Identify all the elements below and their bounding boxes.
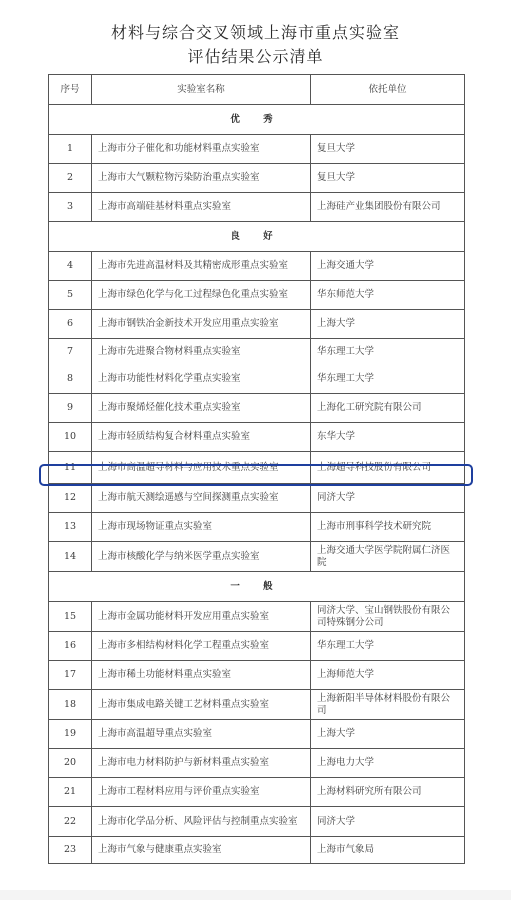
table-row: 22 上海市化学品分析、风险评估与控制重点实验室 同济大学 <box>49 807 465 837</box>
row-no: 21 <box>49 778 92 807</box>
host-unit: 华东师范大学 <box>311 281 465 310</box>
lab-name: 上海市高温超导重点实验室 <box>92 720 311 749</box>
host-unit: 华东理工大学 <box>311 339 465 366</box>
table-row: 10 上海市轻质结构复合材料重点实验室 东华大学 <box>49 423 465 452</box>
row-no: 10 <box>49 423 92 452</box>
host-unit: 东华大学 <box>311 423 465 452</box>
lab-name: 上海市高端硅基材料重点实验室 <box>92 193 311 222</box>
row-no: 16 <box>49 632 92 661</box>
row-no: 17 <box>49 661 92 690</box>
table-row: 23 上海市气象与健康重点实验室 上海市气象局 <box>49 837 465 864</box>
host-unit: 上海市刑事科学技术研究院 <box>311 513 465 542</box>
host-unit: 上海师范大学 <box>311 661 465 690</box>
host-unit: 上海交通大学 <box>311 252 465 281</box>
section-label: 良 好 <box>49 222 465 252</box>
table-row: 14 上海市核酸化学与纳米医学重点实验室 上海交通大学医学院附属仁济医院 <box>49 542 465 572</box>
table-row: 7 上海市先进聚合物材料重点实验室 华东理工大学 <box>49 339 465 366</box>
lab-name: 上海市稀土功能材料重点实验室 <box>92 661 311 690</box>
row-no: 2 <box>49 164 92 193</box>
table-row: 16 上海市多相结构材料化学工程重点实验室 华东理工大学 <box>49 632 465 661</box>
host-unit: 同济大学、宝山钢铁股份有限公司特殊钢分公司 <box>311 602 465 632</box>
lab-name: 上海市现场物证重点实验室 <box>92 513 311 542</box>
lab-name: 上海市多相结构材料化学工程重点实验室 <box>92 632 311 661</box>
table-row: 18 上海市集成电路关键工艺材料重点实验室 上海新阳半导体材料股份有限公司 <box>49 690 465 720</box>
section-row-good: 良 好 <box>49 222 465 252</box>
lab-name: 上海市金属功能材料开发应用重点实验室 <box>92 602 311 632</box>
lab-name: 上海市功能性材料化学重点实验室 <box>92 366 311 394</box>
row-no: 3 <box>49 193 92 222</box>
row-no: 19 <box>49 720 92 749</box>
host-unit: 上海大学 <box>311 720 465 749</box>
document-title: 材料与综合交叉领域上海市重点实验室 <box>0 20 511 43</box>
highlight-box-row-11 <box>39 464 473 486</box>
table-row: 6 上海市钢铁冶金新技术开发应用重点实验室 上海大学 <box>49 310 465 339</box>
table-row: 9 上海市聚烯烃催化技术重点实验室 上海化工研究院有限公司 <box>49 394 465 423</box>
section-row-excellent: 优 秀 <box>49 105 465 135</box>
lab-name: 上海市轻质结构复合材料重点实验室 <box>92 423 311 452</box>
table-row: 20 上海市电力材料防护与新材料重点实验室 上海电力大学 <box>49 749 465 778</box>
row-no: 5 <box>49 281 92 310</box>
lab-name: 上海市聚烯烃催化技术重点实验室 <box>92 394 311 423</box>
row-no: 9 <box>49 394 92 423</box>
table-row: 4 上海市先进高温材料及其精密成形重点实验室 上海交通大学 <box>49 252 465 281</box>
host-unit: 上海大学 <box>311 310 465 339</box>
table-row: 19 上海市高温超导重点实验室 上海大学 <box>49 720 465 749</box>
section-label: 一 般 <box>49 572 465 602</box>
page-bottom-edge <box>0 890 511 900</box>
table-row: 12 上海市航天测绘遥感与空间探测重点实验室 同济大学 <box>49 484 465 513</box>
table-header-row: 序号 实验室名称 依托单位 <box>49 75 465 105</box>
table-row: 17 上海市稀土功能材料重点实验室 上海师范大学 <box>49 661 465 690</box>
lab-name: 上海市分子催化和功能材料重点实验室 <box>92 135 311 164</box>
table-row: 2 上海市大气颗粒物污染防治重点实验室 复旦大学 <box>49 164 465 193</box>
header-serial-no: 序号 <box>49 75 92 105</box>
host-unit: 华东理工大学 <box>311 632 465 661</box>
lab-name: 上海市集成电路关键工艺材料重点实验室 <box>92 690 311 720</box>
section-row-average: 一 般 <box>49 572 465 602</box>
host-unit: 上海交通大学医学院附属仁济医院 <box>311 542 465 572</box>
lab-name: 上海市气象与健康重点实验室 <box>92 837 311 864</box>
row-no: 22 <box>49 807 92 837</box>
host-unit: 复旦大学 <box>311 164 465 193</box>
host-unit: 上海化工研究院有限公司 <box>311 394 465 423</box>
lab-name: 上海市化学品分析、风险评估与控制重点实验室 <box>92 807 311 837</box>
table-row: 1 上海市分子催化和功能材料重点实验室 复旦大学 <box>49 135 465 164</box>
row-no: 18 <box>49 690 92 720</box>
row-no: 7 <box>49 339 92 366</box>
table-row: 3 上海市高端硅基材料重点实验室 上海硅产业集团股份有限公司 <box>49 193 465 222</box>
host-unit: 上海材料研究所有限公司 <box>311 778 465 807</box>
document-subtitle: 评估结果公示清单 <box>0 44 511 67</box>
row-no: 1 <box>49 135 92 164</box>
header-lab-name: 实验室名称 <box>92 75 311 105</box>
row-no: 13 <box>49 513 92 542</box>
host-unit: 复旦大学 <box>311 135 465 164</box>
lab-name: 上海市航天测绘遥感与空间探测重点实验室 <box>92 484 311 513</box>
host-unit: 同济大学 <box>311 484 465 513</box>
row-no: 15 <box>49 602 92 632</box>
host-unit: 上海新阳半导体材料股份有限公司 <box>311 690 465 720</box>
table-row: 8 上海市功能性材料化学重点实验室 华东理工大学 <box>49 366 465 394</box>
row-no: 20 <box>49 749 92 778</box>
host-unit: 上海电力大学 <box>311 749 465 778</box>
table-row: 13 上海市现场物证重点实验室 上海市刑事科学技术研究院 <box>49 513 465 542</box>
host-unit: 上海硅产业集团股份有限公司 <box>311 193 465 222</box>
lab-name: 上海市电力材料防护与新材料重点实验室 <box>92 749 311 778</box>
row-no: 6 <box>49 310 92 339</box>
table-row: 5 上海市绿色化学与化工过程绿色化重点实验室 华东师范大学 <box>49 281 465 310</box>
lab-name: 上海市大气颗粒物污染防治重点实验室 <box>92 164 311 193</box>
lab-name: 上海市先进聚合物材料重点实验室 <box>92 339 311 366</box>
header-host-unit: 依托单位 <box>311 75 465 105</box>
row-no: 12 <box>49 484 92 513</box>
host-unit: 上海市气象局 <box>311 837 465 864</box>
lab-name: 上海市绿色化学与化工过程绿色化重点实验室 <box>92 281 311 310</box>
table-row: 21 上海市工程材料应用与评价重点实验室 上海材料研究所有限公司 <box>49 778 465 807</box>
row-no: 14 <box>49 542 92 572</box>
row-no: 8 <box>49 366 92 394</box>
host-unit: 同济大学 <box>311 807 465 837</box>
table-row: 15 上海市金属功能材料开发应用重点实验室 同济大学、宝山钢铁股份有限公司特殊钢… <box>49 602 465 632</box>
row-no: 4 <box>49 252 92 281</box>
host-unit: 华东理工大学 <box>311 366 465 394</box>
lab-name: 上海市工程材料应用与评价重点实验室 <box>92 778 311 807</box>
lab-name: 上海市先进高温材料及其精密成形重点实验室 <box>92 252 311 281</box>
section-label: 优 秀 <box>49 105 465 135</box>
lab-name: 上海市核酸化学与纳米医学重点实验室 <box>92 542 311 572</box>
row-no: 23 <box>49 837 92 864</box>
lab-name: 上海市钢铁冶金新技术开发应用重点实验室 <box>92 310 311 339</box>
